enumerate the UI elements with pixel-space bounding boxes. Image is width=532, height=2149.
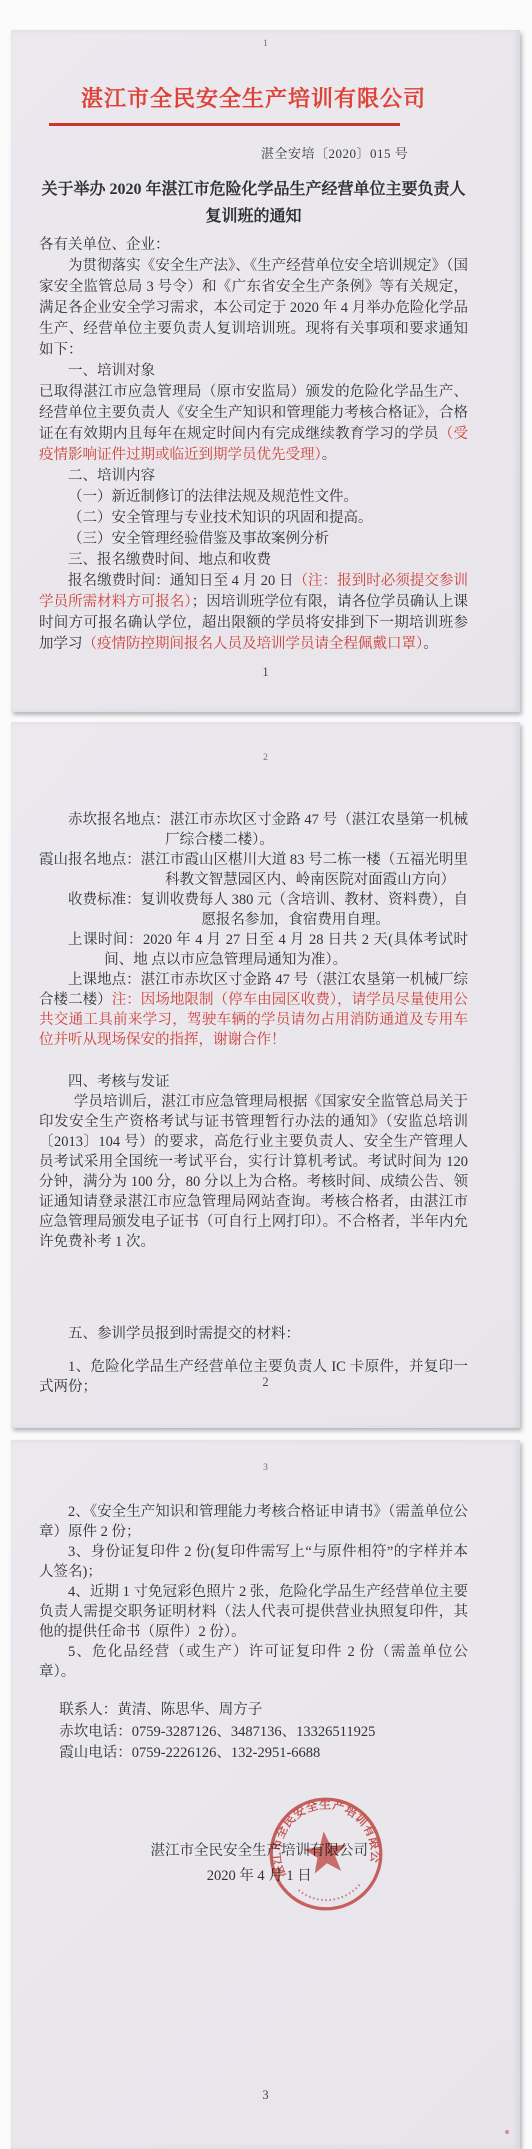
section-3-red-note-2: （疫情防控期间报名人员及培训学员请全程佩戴口罩） [83, 636, 424, 652]
document-page-1: 1 湛江市全民安全生产培训有限公司 湛全安培〔2020〕015 号 关于举办 2… [11, 30, 520, 712]
class-place-paragraph: 上课地点：湛江市赤坎区寸金路 47 号（湛江农垦第一机械厂综合楼二楼）注：因场地… [39, 970, 468, 1050]
section-1-text: 已取得湛江市应急管理局（原市安监局）颁发的危险化学品生产、经营单位主要负责人《安… [39, 384, 468, 442]
seal-bottom-serration [299, 1884, 362, 1903]
section-1-tail: 。 [322, 447, 337, 463]
xiashan-phone: 霞山电话：0759-2226126、132-2951-6688 [39, 1743, 468, 1765]
class-time: 上课时间：2020 年 4 月 27 日至 4 月 28 日共 2 天(具体考试… [39, 930, 468, 970]
xiashan-registration-address: 霞山报名地点：湛江市霞山区椹川大道 83 号二栋一楼（五福光明里科教文智慧园区内… [39, 850, 468, 890]
section-4-paragraph: 学员培训后，湛江市应急管理局根据《国家安全监管总局关于印发安全生产资格考试与证书… [39, 1092, 468, 1252]
document-number: 湛全安培〔2020〕015 号 [261, 143, 468, 164]
material-item-3: 3、身份证复印件 2 份(复印件需写上“与原件相符”的字样并本人签名)； [39, 1542, 468, 1582]
section-3-text-1: 报名缴费时间：通知日至 4 月 20 日 [68, 573, 294, 589]
material-item-4: 4、近期 1 寸免冠彩色照片 2 张，危险化学品生产经营单位主要负责人需提交职务… [39, 1582, 468, 1642]
section-3-paragraph: 报名缴费时间：通知日至 4 月 20 日（注：报到时必须提交参训学员所需材料方可… [39, 571, 468, 655]
salutation: 各有关单位、企业： [39, 235, 468, 256]
section-2-item-2: （二）安全管理与专业技术知识的巩固和提高。 [39, 508, 468, 529]
section-2-item-1: （一）新近制修订的法律法规及规范性文件。 [39, 487, 468, 508]
document-page-3: 3 2、《安全生产知识和管理能力考核合格证申请书》（需盖单位公章）原件 2 份；… [11, 1440, 520, 2149]
page1-content: 湛江市全民安全生产培训有限公司 湛全安培〔2020〕015 号 关于举办 202… [11, 84, 520, 655]
page2-content: 赤坎报名地点：湛江市赤坎区寸金路 47 号（湛江农垦第一机械厂综合楼二楼）。 霞… [11, 764, 520, 1397]
company-round-seal: 湛江市全民安全生产培训有限公司 [258, 1786, 394, 1922]
notice-title-line2: 复训班的通知 [39, 203, 468, 230]
section-1-paragraph: 已取得湛江市应急管理局（原市安监局）颁发的危险化学品生产、经营单位主要负责人《安… [39, 382, 468, 466]
document-page-2: 2 赤坎报名地点：湛江市赤坎区寸金路 47 号（湛江农垦第一机械厂综合楼二楼）。… [11, 722, 520, 1428]
section-3-tail: 。 [423, 636, 438, 652]
chikan-registration-address: 赤坎报名地点：湛江市赤坎区寸金路 47 号（湛江农垦第一机械厂综合楼二楼）。 [39, 810, 468, 850]
page1-top-mark: 1 [11, 30, 520, 50]
notice-title: 关于举办 2020 年湛江市危险化学品生产经营单位主要负责人 复训班的通知 [39, 176, 468, 230]
contact-block: 联系人：黄清、陈思华、周方子 赤坎电话：0759-3287126、3487136… [39, 1700, 468, 1765]
seal-star-icon [302, 1829, 349, 1874]
section-5-heading: 五、参训学员报到时需提交的材料： [39, 1324, 468, 1344]
section-3-heading: 三、报名缴费时间、地点和收费 [39, 550, 468, 571]
page2-top-mark: 2 [11, 722, 520, 764]
page2-number: 2 [11, 1375, 520, 1390]
intro-paragraph: 为贯彻落实《安全生产法》、《生产经营单位安全培训规定》（国家安全监管总局 3 号… [39, 256, 468, 361]
material-item-5: 5、危化品经营（或生产）许可证复印件 2 份（需盖单位公章）。 [39, 1642, 468, 1682]
section-4-heading: 四、考核与发证 [39, 1072, 468, 1092]
scan-artifact-dot [505, 2130, 509, 2134]
page1-number: 1 [11, 665, 520, 680]
notice-title-line1: 关于举办 2020 年湛江市危险化学品生产经营单位主要负责人 [39, 176, 468, 203]
page3-top-mark: 3 [11, 1440, 520, 1474]
section-2-item-3: （三）安全管理经验借鉴及事故案例分析 [39, 529, 468, 550]
contact-persons: 联系人：黄清、陈思华、周方子 [39, 1700, 468, 1722]
page3-number: 3 [11, 2088, 520, 2103]
section-1-heading: 一、培训对象 [39, 361, 468, 382]
chikan-phone: 赤坎电话：0759-3287126、3487136、13326511925 [39, 1722, 468, 1744]
letterhead-divider-line [49, 123, 400, 126]
section-2-heading: 二、培训内容 [39, 466, 468, 487]
fee-standard: 收费标准：复训收费每人 380 元（含培训、教材、资料费），自愿报名参加，食宿费… [39, 890, 468, 930]
company-letterhead: 湛江市全民安全生产培训有限公司 [39, 84, 468, 114]
material-item-2: 2、《安全生产知识和管理能力考核合格证申请书》（需盖单位公章）原件 2 份； [39, 1502, 468, 1542]
